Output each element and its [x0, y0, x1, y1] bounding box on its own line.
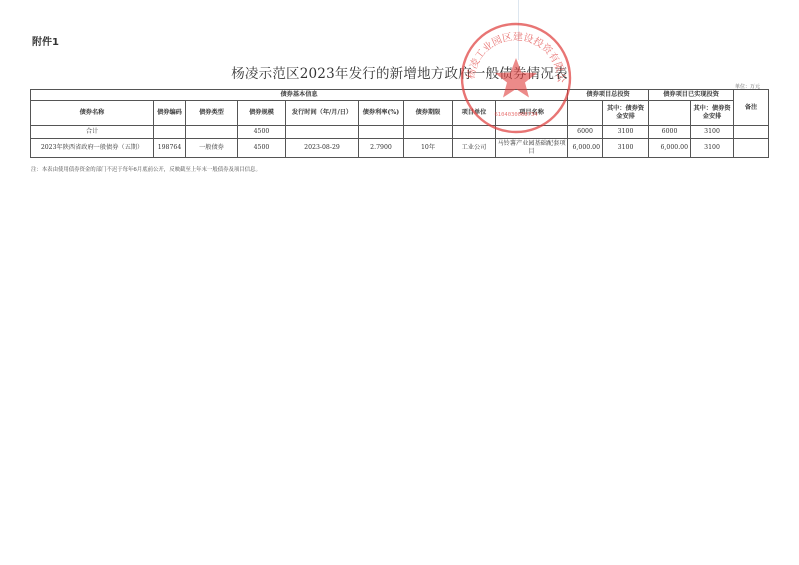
group-realized-investment: 债券项目已实现投资 [649, 90, 734, 101]
header-bond-name: 债券名称 [31, 101, 154, 126]
cell-remarks [734, 139, 769, 158]
header-project-name: 项目名称 [496, 101, 568, 126]
table-row: 2023年陕西省政府一般债券（五期） 198764 一般债券 4500 2023… [31, 139, 769, 158]
cell-bond-scale: 4500 [238, 139, 286, 158]
document-title: 杨凌示范区2023年发行的新增地方政府一般债券情况表 [0, 62, 799, 82]
header-bond-term: 债券期限 [404, 101, 453, 126]
total-total-bond-funds: 3100 [603, 126, 649, 139]
header-issue-date: 发行时间（年/月/日） [286, 101, 359, 126]
total-realized-bond-funds: 3100 [691, 126, 734, 139]
total-issue-date [286, 126, 359, 139]
cell-realized-bond-funds: 3100 [691, 139, 734, 158]
total-interest-rate [359, 126, 404, 139]
total-bond-scale: 4500 [238, 126, 286, 139]
cell-total-bond-funds: 3100 [603, 139, 649, 158]
cell-bond-type: 一般债券 [186, 139, 238, 158]
total-project-name [496, 126, 568, 139]
header-total-bond-funds: 其中：债券资金安排 [603, 101, 649, 126]
total-row: 合计 4500 6000 3100 6000 3100 [31, 126, 769, 139]
total-bond-term [404, 126, 453, 139]
cell-bond-code: 198764 [154, 139, 186, 158]
total-realized-investment: 6000 [649, 126, 691, 139]
cell-interest-rate: 2.7900 [359, 139, 404, 158]
cell-issue-date: 2023-08-29 [286, 139, 359, 158]
group-basic-info: 债券基本信息 [31, 90, 568, 101]
cell-project-unit: 工业公司 [453, 139, 496, 158]
cell-project-name: 马铃薯产业园基础配套项目 [496, 139, 568, 158]
header-remarks: 备注 [734, 90, 769, 126]
group-header-row: 债券基本信息 债券项目总投资 债券项目已实现投资 备注 [31, 90, 769, 101]
header-interest-rate: 债券利率(%) [359, 101, 404, 126]
header-total-blank [568, 101, 603, 126]
total-label: 合计 [31, 126, 154, 139]
total-bond-code [154, 126, 186, 139]
scan-fold-line [518, 0, 519, 60]
attachment-label: 附件1 [32, 33, 59, 48]
total-bond-type [186, 126, 238, 139]
header-bond-type: 债券类型 [186, 101, 238, 126]
header-project-unit: 项目单位 [453, 101, 496, 126]
header-realized-blank [649, 101, 691, 126]
column-header-row: 债券名称 债券编码 债券类型 债券规模 发行时间（年/月/日） 债券利率(%) … [31, 101, 769, 126]
group-total-investment: 债券项目总投资 [568, 90, 649, 101]
cell-total-investment: 6,000.00 [568, 139, 603, 158]
cell-bond-term: 10年 [404, 139, 453, 158]
total-project-unit [453, 126, 496, 139]
total-total-investment: 6000 [568, 126, 603, 139]
header-bond-scale: 债券规模 [238, 101, 286, 126]
cell-bond-name: 2023年陕西省政府一般债券（五期） [31, 139, 154, 158]
total-remarks [734, 126, 769, 139]
cell-realized-investment: 6,000.00 [649, 139, 691, 158]
header-realized-bond-funds: 其中：债券资金安排 [691, 101, 734, 126]
footnote: 注：本表由使用债券资金的部门不迟于每年6月底前公开，反映截至上年末一般债券及项目… [31, 165, 261, 173]
header-bond-code: 债券编码 [154, 101, 186, 126]
bond-info-table: 债券基本信息 债券项目总投资 债券项目已实现投资 备注 债券名称 债券编码 债券… [30, 89, 769, 158]
